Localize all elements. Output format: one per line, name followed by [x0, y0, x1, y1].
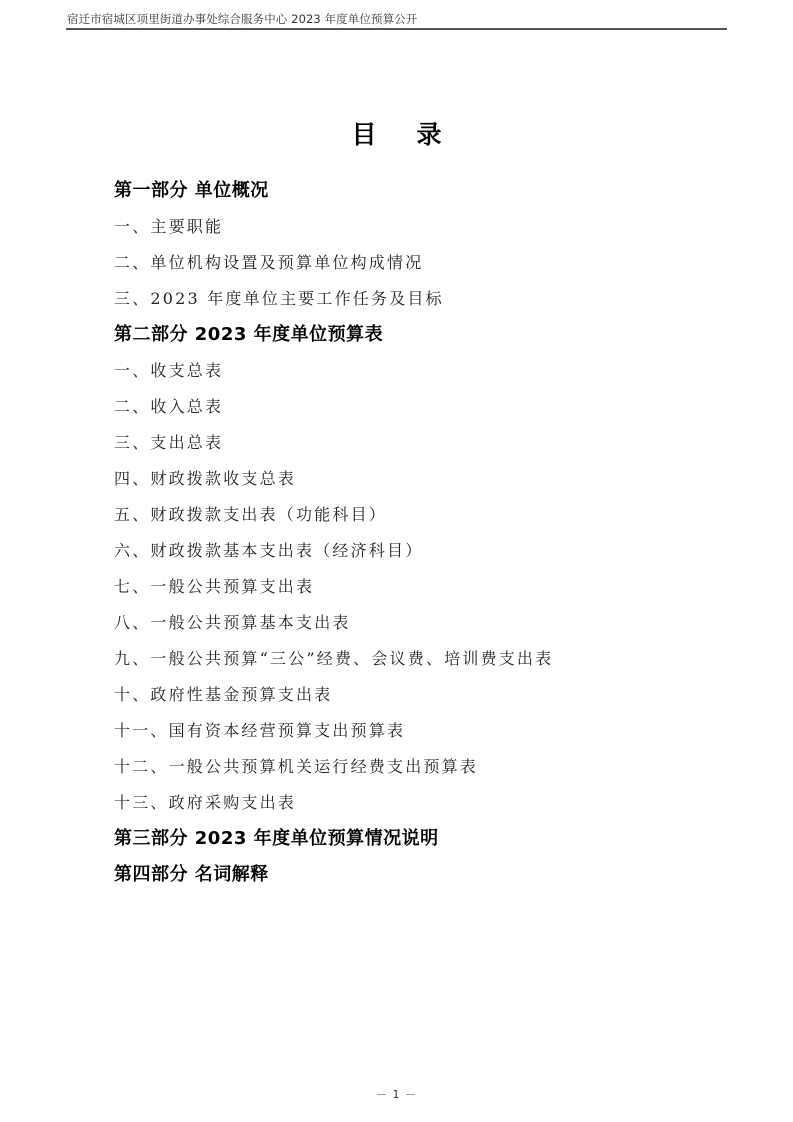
toc-part-4-heading[interactable]: 第四部分 名词解释	[114, 857, 734, 893]
toc-item-three-public-expenses[interactable]: 九、一般公共预算“三公”经费、会议费、培训费支出表	[114, 641, 734, 677]
toc-item-government-fund-expenditure[interactable]: 十、政府性基金预算支出表	[114, 677, 734, 713]
header-title: 宿迁市宿城区项里街道办事处综合服务中心 2023 年度单位预算公开	[67, 11, 417, 27]
toc-item-state-capital-expenditure[interactable]: 十一、国有资本经营预算支出预算表	[114, 713, 734, 749]
toc-item-general-public-budget-expenditure[interactable]: 七、一般公共预算支出表	[114, 569, 734, 605]
page-number: － 1 －	[0, 1086, 793, 1102]
toc-item-fiscal-basic-expenditure-economic[interactable]: 六、财政拨款基本支出表（经济科目）	[114, 533, 734, 569]
toc-item-fiscal-expenditure-functional[interactable]: 五、财政拨款支出表（功能科目）	[114, 497, 734, 533]
table-of-contents: 第一部分 单位概况 一、主要职能 二、单位机构设置及预算单位构成情况 三、202…	[114, 173, 734, 893]
toc-item-expenditure-summary[interactable]: 三、支出总表	[114, 425, 734, 461]
toc-item-revenue-expenditure-summary[interactable]: 一、收支总表	[114, 353, 734, 389]
toc-item-government-procurement[interactable]: 十三、政府采购支出表	[114, 785, 734, 821]
toc-item-main-functions[interactable]: 一、主要职能	[114, 209, 734, 245]
toc-part-2-heading[interactable]: 第二部分 2023 年度单位预算表	[114, 317, 734, 353]
toc-part-3-heading[interactable]: 第三部分 2023 年度单位预算情况说明	[114, 821, 734, 857]
page-title: 目录	[0, 118, 793, 152]
toc-item-fiscal-appropriation-summary[interactable]: 四、财政拨款收支总表	[114, 461, 734, 497]
toc-part-1-heading[interactable]: 第一部分 单位概况	[114, 173, 734, 209]
toc-item-organization-structure[interactable]: 二、单位机构设置及预算单位构成情况	[114, 245, 734, 281]
toc-item-work-tasks-goals[interactable]: 三、2023 年度单位主要工作任务及目标	[114, 281, 734, 317]
toc-item-agency-operating-expenditure[interactable]: 十二、一般公共预算机关运行经费支出预算表	[114, 749, 734, 785]
running-header: 宿迁市宿城区项里街道办事处综合服务中心 2023 年度单位预算公开	[66, 6, 727, 30]
toc-item-general-public-basic-expenditure[interactable]: 八、一般公共预算基本支出表	[114, 605, 734, 641]
toc-item-revenue-summary[interactable]: 二、收入总表	[114, 389, 734, 425]
